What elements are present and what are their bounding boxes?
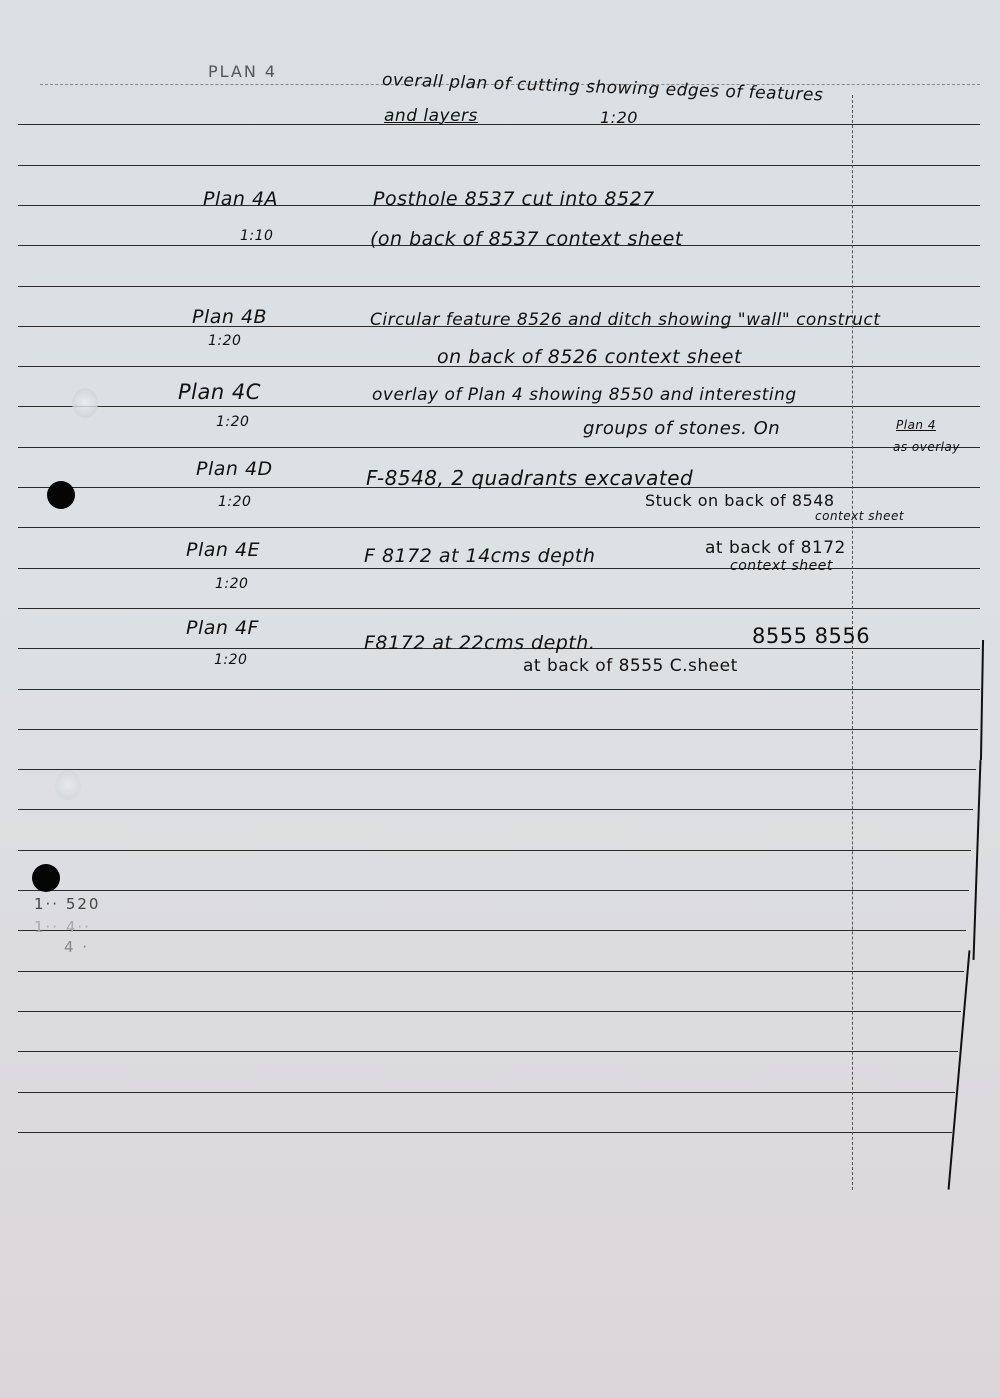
entry-plan-label: Plan 4E bbox=[186, 539, 260, 561]
notebook-page: PLAN 4 overall plan of cutting showing e… bbox=[0, 0, 1000, 1398]
entry-scale: 1:20 bbox=[215, 576, 248, 592]
entry-plan-label: Plan 4A bbox=[203, 188, 278, 210]
entry-note: at back of 8555 C.sheet bbox=[523, 656, 738, 676]
entry-note: groups of stones. On bbox=[583, 418, 780, 439]
ruled-line bbox=[18, 165, 980, 166]
margin-pencil-note: 4 · bbox=[64, 938, 89, 956]
ruled-line bbox=[18, 568, 980, 569]
entry-plan-label: Plan 4B bbox=[192, 306, 267, 328]
entry-note-overlay: as overlay bbox=[893, 440, 960, 454]
page-edge-line bbox=[980, 640, 984, 760]
entry-note-plan-ref: Plan 4 bbox=[896, 418, 936, 432]
header-plan-label: PLAN 4 bbox=[208, 62, 277, 81]
entry-plan-label: Plan 4C bbox=[178, 380, 261, 404]
paper-smudge bbox=[72, 388, 98, 418]
punch-hole bbox=[32, 864, 60, 892]
ruled-line bbox=[18, 124, 980, 125]
header-description-line2: and layers bbox=[384, 106, 478, 126]
page-edge-line bbox=[948, 950, 971, 1189]
entry-description: Posthole 8537 cut into 8527 bbox=[373, 188, 655, 210]
header-description-line1: overall plan of cutting showing edges of… bbox=[382, 70, 824, 105]
ruled-line bbox=[18, 971, 964, 972]
entry-description: F8172 at 22cms depth. bbox=[364, 632, 595, 654]
ruled-line bbox=[18, 930, 966, 931]
margin-pencil-note: 1·· 520 bbox=[34, 895, 100, 913]
entry-description: Circular feature 8526 and ditch showing … bbox=[370, 310, 880, 330]
entry-plan-label: Plan 4F bbox=[186, 617, 259, 639]
entry-plan-label: Plan 4D bbox=[196, 458, 273, 480]
entry-note: Stuck on back of 8548 bbox=[645, 491, 835, 510]
ruled-line bbox=[18, 890, 969, 891]
punch-hole bbox=[47, 481, 75, 509]
ruled-line bbox=[18, 608, 980, 609]
page-edge-line bbox=[973, 760, 982, 960]
entry-description-extra: 8555 8556 bbox=[752, 624, 870, 648]
entry-note: (on back of 8537 context sheet bbox=[370, 228, 683, 250]
entry-description: overlay of Plan 4 showing 8550 and inter… bbox=[372, 385, 797, 405]
ruled-line bbox=[18, 850, 971, 851]
ruled-line bbox=[18, 527, 980, 528]
entry-description: F 8172 at 14cms depth bbox=[364, 545, 595, 567]
ruled-line bbox=[18, 769, 976, 770]
ruled-line bbox=[18, 1051, 958, 1052]
entry-scale: 1:20 bbox=[208, 333, 241, 349]
entry-note: on back of 8526 context sheet bbox=[437, 346, 742, 368]
entry-description: F-8548, 2 quadrants excavated bbox=[366, 466, 693, 490]
ruled-line bbox=[18, 1132, 952, 1133]
ruled-line bbox=[18, 447, 980, 448]
ruled-line bbox=[18, 729, 978, 730]
ruled-line bbox=[18, 689, 980, 690]
margin-pencil-note: 1·· 4·· bbox=[34, 918, 91, 936]
entry-scale: 1:20 bbox=[216, 414, 249, 430]
entry-note-context-sheet: context sheet bbox=[730, 558, 833, 574]
entry-scale: 1:20 bbox=[214, 652, 247, 668]
paper-smudge bbox=[55, 770, 81, 800]
entry-note-context-sheet: context sheet bbox=[815, 509, 904, 523]
ruled-line bbox=[18, 1011, 961, 1012]
entry-scale: 1:20 bbox=[218, 494, 251, 510]
ruled-line bbox=[18, 809, 973, 810]
ruled-line bbox=[18, 1092, 955, 1093]
entry-scale: 1:10 bbox=[240, 228, 273, 244]
header-scale: 1:20 bbox=[600, 108, 638, 127]
ruled-line bbox=[18, 286, 980, 287]
ruled-line bbox=[18, 406, 980, 407]
entry-note: at back of 8172 bbox=[705, 538, 846, 558]
